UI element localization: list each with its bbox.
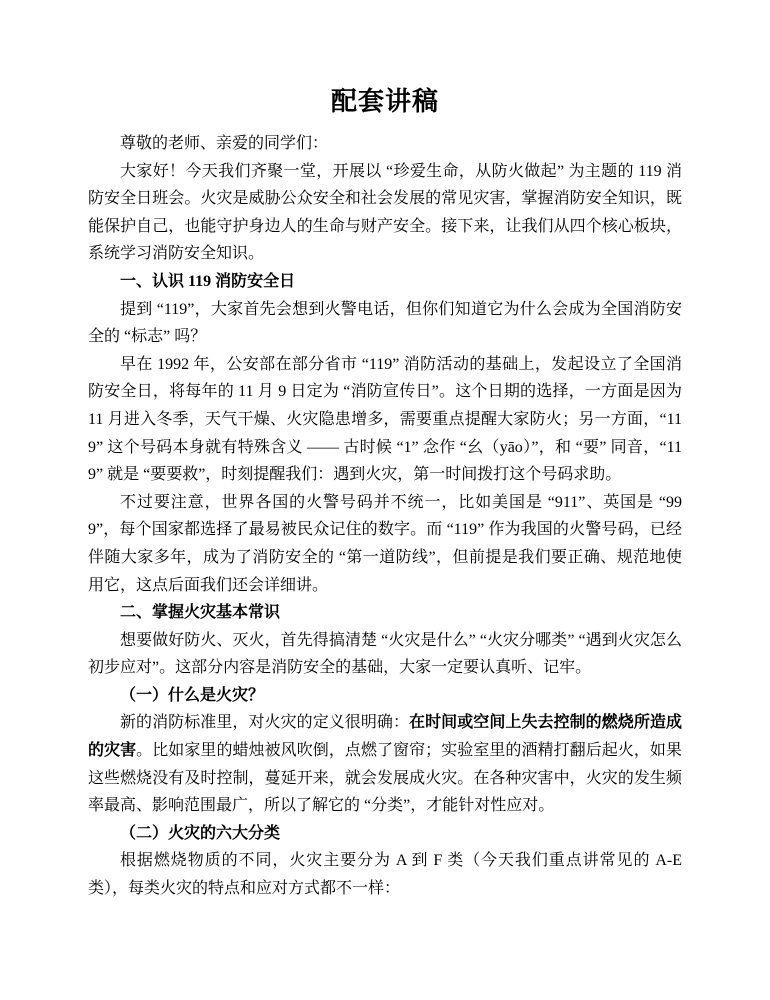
subsection-heading-what-is-fire: （一）什么是火灾？ — [88, 682, 682, 710]
paragraph-world-fire-numbers: 不过要注意，世界各国的火警号码并不统一，比如美国是 “911”、英国是 “999… — [88, 489, 682, 599]
paragraph-basics-intro: 想要做好防火、灭火，首先得搞清楚 “火灾是什么” “火灾分哪类” “遇到火灾怎么… — [88, 627, 682, 682]
paragraph-salutation: 尊敬的老师、亲爱的同学们： — [88, 130, 682, 158]
subsection-heading-fire-classes: （二）火灾的六大分类 — [88, 820, 682, 848]
fire-definition-rest: 。比如家里的蜡烛被风吹倒，点燃了窗帘；实验室里的酒精打翻后起火，如果这些燃烧没有… — [88, 742, 682, 814]
paragraph-fire-classes: 根据燃烧物质的不同，火灾主要分为 A 到 F 类（今天我们重点讲常见的 A-E … — [88, 847, 682, 902]
section-heading-know-119: 一、认识 119 消防安全日 — [88, 268, 682, 296]
fire-definition-lead: 新的消防标准里，对火灾的定义很明确： — [120, 714, 409, 731]
paragraph-119-history: 早在 1992 年，公安部在部分省市 “119” 消防活动的基础上，发起设立了全… — [88, 351, 682, 489]
paragraph-intro: 大家好！今天我们齐聚一堂，开展以 “珍爱生命，从防火做起” 为主题的 119 消… — [88, 158, 682, 268]
section-heading-fire-basics: 二、掌握火灾基本常识 — [88, 599, 682, 627]
document-title: 配套讲稿 — [88, 84, 682, 120]
paragraph-fire-definition: 新的消防标准里，对火灾的定义很明确：在时间或空间上失去控制的燃烧所造成的灾害。比… — [88, 709, 682, 819]
document-page: 配套讲稿 尊敬的老师、亲爱的同学们： 大家好！今天我们齐聚一堂，开展以 “珍爱生… — [0, 0, 770, 1000]
paragraph-119-question: 提到 “119”，大家首先会想到火警电话，但你们知道它为什么会成为全国消防安全的… — [88, 296, 682, 351]
